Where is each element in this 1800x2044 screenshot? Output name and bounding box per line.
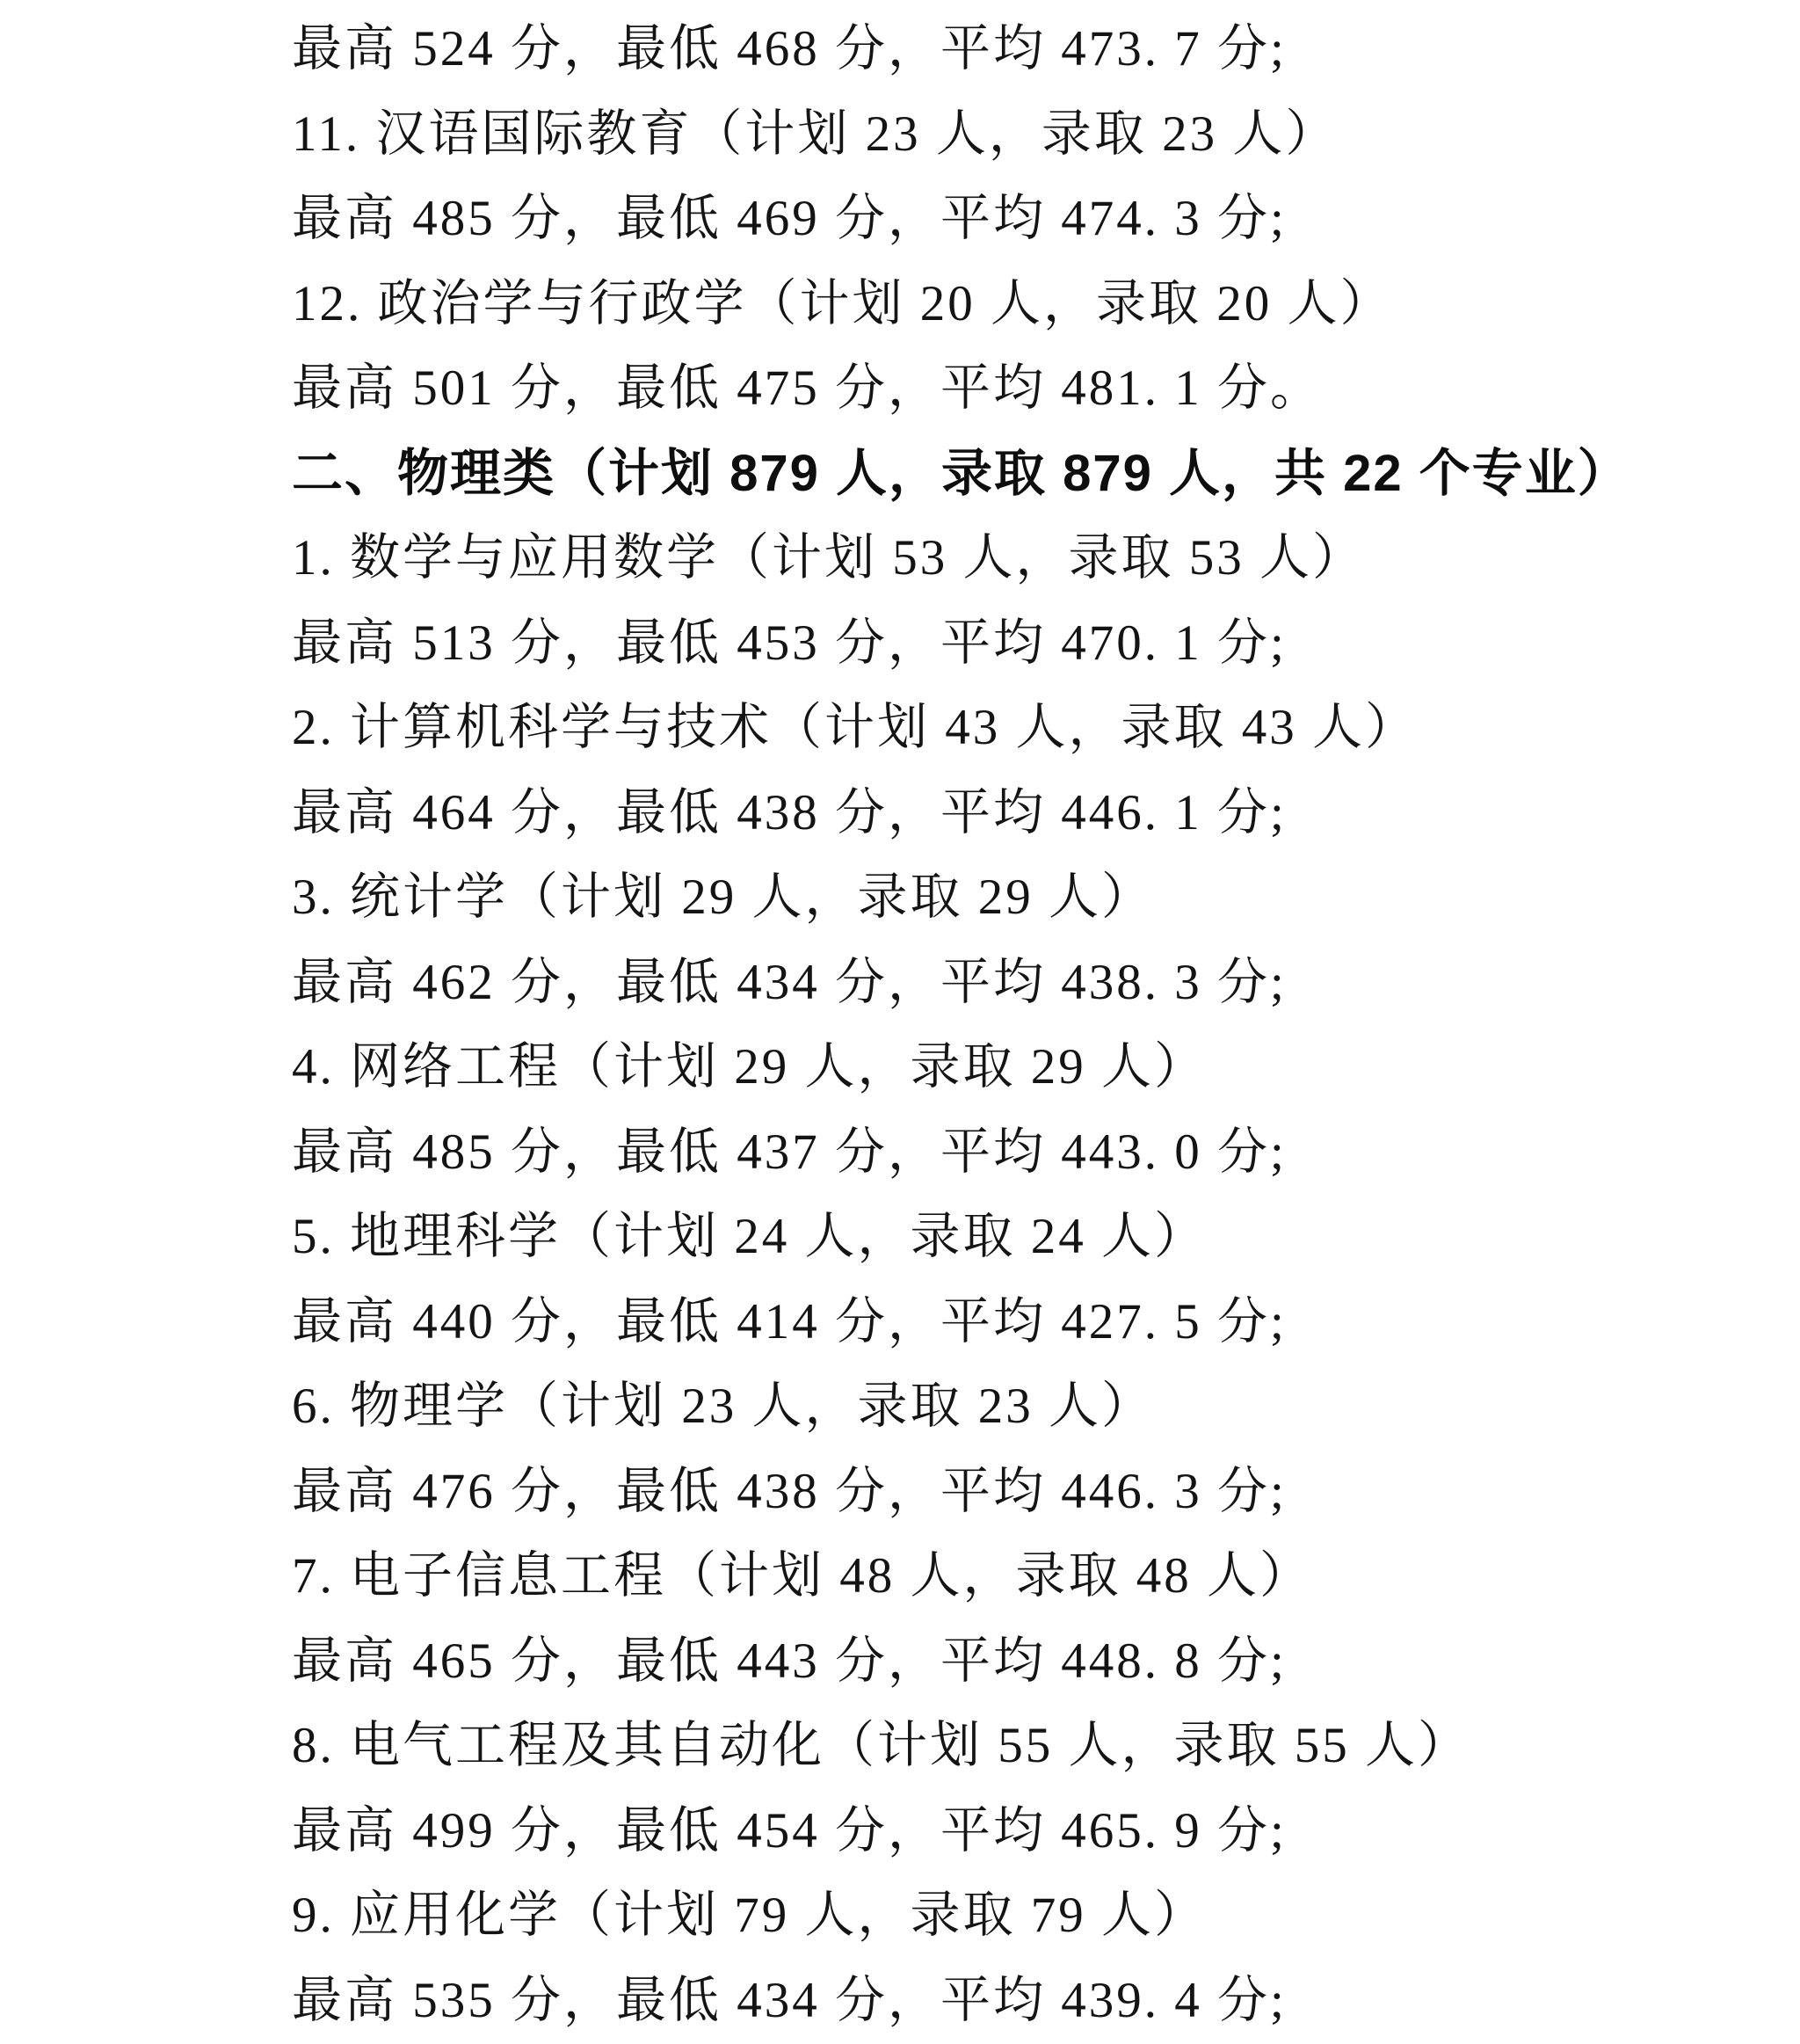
score-line: 最高 535 分，最低 434 分，平均 439. 4 分; [292,1959,1765,2044]
major-line: 6. 物理学（计划 23 人，录取 23 人） [292,1364,1765,1450]
major-line: 11. 汉语国际教育（计划 23 人，录取 23 人） [292,92,1765,178]
major-line: 3. 统计学（计划 29 人，录取 29 人） [292,855,1765,941]
major-line: 2. 计算机科学与技术（计划 43 人，录取 43 人） [292,686,1765,771]
major-line: 1. 数学与应用数学（计划 53 人，录取 53 人） [292,516,1765,601]
score-line: 最高 462 分，最低 434 分，平均 438. 3 分; [292,941,1765,1026]
major-line: 4. 网络工程（计划 29 人，录取 29 人） [292,1025,1765,1110]
score-line: 最高 476 分，最低 438 分，平均 446. 3 分; [292,1450,1765,1535]
major-line: 7. 电子信息工程（计划 48 人，录取 48 人） [292,1534,1765,1619]
major-line: 12. 政治学与行政学（计划 20 人，录取 20 人） [292,262,1765,347]
score-line: 最高 464 分，最低 438 分，平均 446. 1 分; [292,771,1765,856]
score-line: 最高 465 分，最低 443 分，平均 448. 8 分; [292,1619,1765,1705]
score-line: 最高 485 分，最低 437 分，平均 443. 0 分; [292,1110,1765,1196]
score-line: 最高 440 分，最低 414 分，平均 427. 5 分; [292,1280,1765,1365]
major-line: 8. 电气工程及其自动化（计划 55 人，录取 55 人） [292,1704,1765,1789]
score-line: 最高 485 分，最低 469 分，平均 474. 3 分; [292,177,1765,262]
score-line: 最高 524 分，最低 468 分，平均 473. 7 分; [292,7,1765,92]
document-page: 最高 524 分，最低 468 分，平均 473. 7 分; 11. 汉语国际教… [0,0,1800,2044]
score-line: 最高 501 分，最低 475 分，平均 481. 1 分。 [292,346,1765,432]
score-line: 最高 513 分，最低 453 分，平均 470. 1 分; [292,601,1765,687]
score-line: 最高 499 分，最低 454 分，平均 465. 9 分; [292,1789,1765,1874]
major-line: 5. 地理科学（计划 24 人，录取 24 人） [292,1195,1765,1280]
major-line: 9. 应用化学（计划 79 人，录取 79 人） [292,1873,1765,1959]
section-heading: 二、物理类（计划 879 人，录取 879 人，共 22 个专业） [292,432,1765,517]
